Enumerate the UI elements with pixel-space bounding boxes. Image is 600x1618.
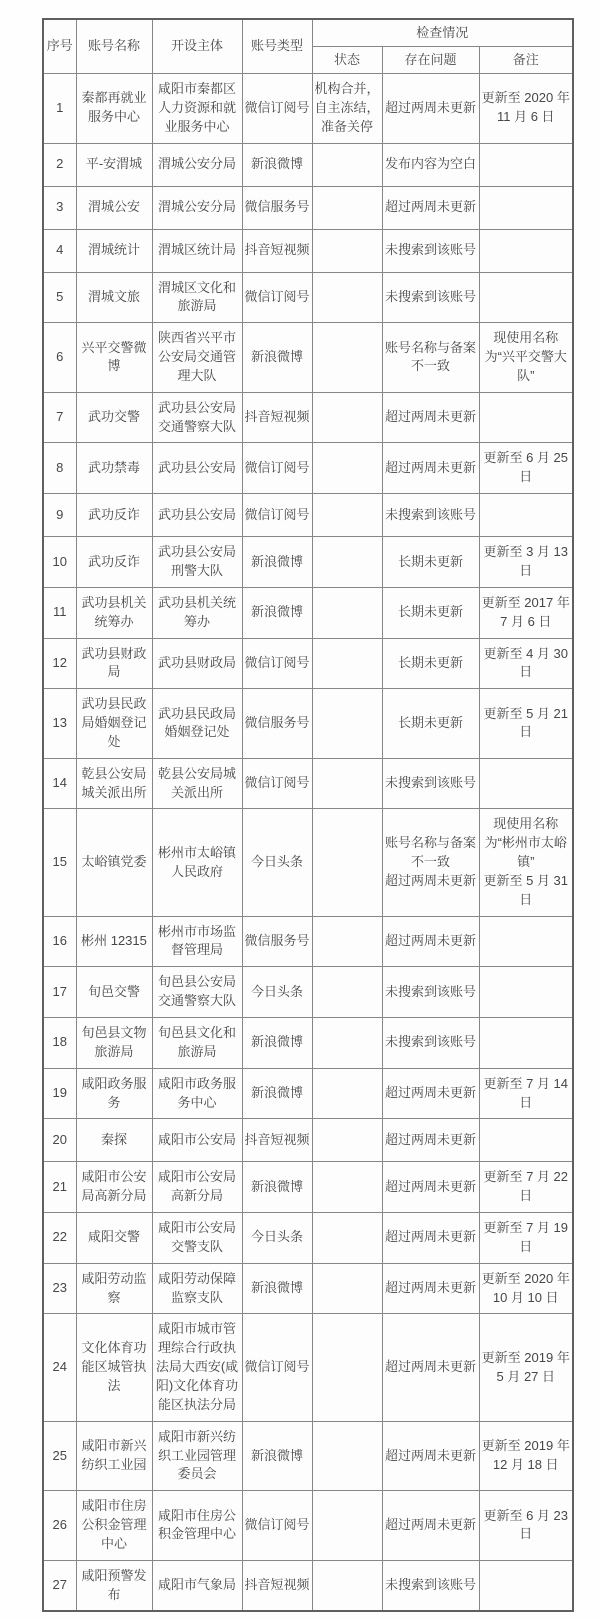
cell-remark: 更新至 2020 年 11 月 6 日 [479, 74, 573, 144]
cell-account-type: 微信服务号 [242, 186, 312, 229]
cell-account-name: 武功反诈 [76, 494, 152, 537]
cell-problem: 长期未更新 [382, 587, 479, 638]
table-row: 18旬邑县文物旅游局旬邑县文化和旅游局新浪微博未搜索到该账号 [43, 1018, 573, 1069]
cell-problem: 账号名称与备案不一致 超过两周未更新 [382, 809, 479, 916]
cell-entity: 旬邑县文化和旅游局 [152, 1018, 242, 1069]
cell-remark: 更新至 2019 年 5 月 27 日 [479, 1314, 573, 1421]
cell-problem: 长期未更新 [382, 689, 479, 759]
cell-problem: 账号名称与备案不一致 [382, 323, 479, 393]
cell-entity: 渭城区统计局 [152, 229, 242, 272]
cell-remark [479, 758, 573, 809]
table-row: 23咸阳劳动监察咸阳劳动保障监察支队新浪微博超过两周未更新更新至 2020 年 … [43, 1263, 573, 1314]
cell-account-type: 今日头条 [242, 809, 312, 916]
cell-account-type: 抖音短视频 [242, 229, 312, 272]
cell-problem: 超过两周未更新 [382, 1491, 479, 1561]
cell-account-type: 抖音短视频 [242, 392, 312, 443]
cell-problem: 超过两周未更新 [382, 916, 479, 967]
table-row: 11武功县机关统筹办武功县机关统筹办新浪微博长期未更新更新至 2017 年 7 … [43, 587, 573, 638]
cell-account-type: 微信订阅号 [242, 638, 312, 689]
table-row: 5渭城文旅渭城区文化和旅游局微信订阅号未搜索到该账号 [43, 272, 573, 323]
header-inspection-group: 检查情况 [312, 19, 573, 47]
cell-account-name: 咸阳市住房公积金管理中心 [76, 1491, 152, 1561]
cell-entity: 武功县公安局 [152, 443, 242, 494]
cell-account-name: 渭城文旅 [76, 272, 152, 323]
cell-problem: 超过两周未更新 [382, 392, 479, 443]
cell-entity: 武功县公安局 [152, 494, 242, 537]
table-header: 序号 账号名称 开设主体 账号类型 检查情况 状态 存在问题 备注 [43, 19, 573, 74]
cell-status [312, 587, 382, 638]
cell-status [312, 1560, 382, 1611]
cell-problem: 超过两周未更新 [382, 1314, 479, 1421]
cell-status [312, 967, 382, 1018]
cell-account-type: 新浪微博 [242, 1162, 312, 1213]
cell-remark: 更新至 7 月 19 日 [479, 1213, 573, 1264]
cell-serial: 5 [43, 272, 76, 323]
cell-account-name: 旬邑交警 [76, 967, 152, 1018]
table-row: 3渭城公安渭城公安分局微信服务号超过两周未更新 [43, 186, 573, 229]
cell-serial: 15 [43, 809, 76, 916]
cell-remark [479, 186, 573, 229]
cell-problem: 未搜索到该账号 [382, 229, 479, 272]
cell-account-name: 咸阳政务服务 [76, 1068, 152, 1119]
cell-problem: 未搜索到该账号 [382, 967, 479, 1018]
cell-entity: 咸阳市气象局 [152, 1560, 242, 1611]
cell-account-name: 秦探 [76, 1119, 152, 1162]
cell-entity: 武功县财政局 [152, 638, 242, 689]
table-row: 24文化体育功能区城管执法咸阳市城市管理综合行政执法局大西安(咸阳)文化体育功能… [43, 1314, 573, 1421]
table-row: 13武功县民政局婚姻登记处武功县民政局婚姻登记处微信服务号长期未更新更新至 5 … [43, 689, 573, 759]
cell-remark [479, 494, 573, 537]
cell-remark: 更新至 2020 年 10 月 10 日 [479, 1263, 573, 1314]
cell-problem: 长期未更新 [382, 537, 479, 588]
cell-status [312, 1421, 382, 1491]
cell-account-name: 渭城统计 [76, 229, 152, 272]
cell-entity: 武功县公安局交通警察大队 [152, 392, 242, 443]
cell-account-name: 咸阳预警发布 [76, 1560, 152, 1611]
cell-remark: 更新至 3 月 13 日 [479, 537, 573, 588]
header-problem: 存在问题 [382, 47, 479, 74]
cell-account-name: 武功县财政局 [76, 638, 152, 689]
header-status: 状态 [312, 47, 382, 74]
header-serial: 序号 [43, 19, 76, 74]
cell-problem: 超过两周未更新 [382, 1119, 479, 1162]
cell-problem: 长期未更新 [382, 638, 479, 689]
cell-account-name: 咸阳市公安局高新分局 [76, 1162, 152, 1213]
cell-remark: 更新至 6 月 23 日 [479, 1491, 573, 1561]
cell-serial: 20 [43, 1119, 76, 1162]
cell-status [312, 272, 382, 323]
cell-status [312, 186, 382, 229]
table-row: 15太峪镇党委彬州市太峪镇人民政府今日头条账号名称与备案不一致 超过两周未更新现… [43, 809, 573, 916]
cell-serial: 24 [43, 1314, 76, 1421]
cell-account-type: 新浪微博 [242, 1421, 312, 1491]
page: 序号 账号名称 开设主体 账号类型 检查情况 状态 存在问题 备注 1秦都再就业… [0, 0, 600, 1618]
table-row: 22咸阳交警咸阳市公安局交警支队今日头条超过两周未更新更新至 7 月 19 日 [43, 1213, 573, 1264]
cell-account-name: 乾县公安局城关派出所 [76, 758, 152, 809]
cell-problem: 超过两周未更新 [382, 1421, 479, 1491]
cell-serial: 12 [43, 638, 76, 689]
cell-account-type: 新浪微博 [242, 1018, 312, 1069]
cell-account-name: 武功禁毒 [76, 443, 152, 494]
cell-problem: 超过两周未更新 [382, 74, 479, 144]
cell-serial: 25 [43, 1421, 76, 1491]
cell-status [312, 323, 382, 393]
cell-account-name: 太峪镇党委 [76, 809, 152, 916]
cell-remark: 更新至 6 月 25 日 [479, 443, 573, 494]
cell-account-name: 秦都再就业服务中心 [76, 74, 152, 144]
cell-status [312, 1491, 382, 1561]
cell-remark: 更新至 2017 年 7 月 6 日 [479, 587, 573, 638]
cell-remark: 更新至 5 月 21 日 [479, 689, 573, 759]
table-row: 10武功反诈武功县公安局刑警大队新浪微博长期未更新更新至 3 月 13 日 [43, 537, 573, 588]
cell-status: 机构合并，自主冻结，准备关停 [312, 74, 382, 144]
cell-status [312, 689, 382, 759]
cell-account-type: 新浪微博 [242, 1263, 312, 1314]
table-row: 7武功交警武功县公安局交通警察大队抖音短视频超过两周未更新 [43, 392, 573, 443]
cell-status [312, 638, 382, 689]
header-remark: 备注 [479, 47, 573, 74]
cell-problem: 发布内容为空白 [382, 143, 479, 186]
cell-account-type: 新浪微博 [242, 143, 312, 186]
cell-remark: 更新至 4 月 30 日 [479, 638, 573, 689]
table-row: 14乾县公安局城关派出所乾县公安局城关派出所微信订阅号未搜索到该账号 [43, 758, 573, 809]
cell-problem: 超过两周未更新 [382, 1068, 479, 1119]
cell-account-name: 文化体育功能区城管执法 [76, 1314, 152, 1421]
table-row: 19咸阳政务服务咸阳市政务服务中心新浪微博超过两周未更新更新至 7 月 14 日 [43, 1068, 573, 1119]
table-row: 21咸阳市公安局高新分局咸阳市公安局高新分局新浪微博超过两周未更新更新至 7 月… [43, 1162, 573, 1213]
cell-account-type: 新浪微博 [242, 537, 312, 588]
cell-account-type: 抖音短视频 [242, 1119, 312, 1162]
table-row: 20秦探咸阳市公安局抖音短视频超过两周未更新 [43, 1119, 573, 1162]
cell-status [312, 758, 382, 809]
cell-problem: 未搜索到该账号 [382, 1560, 479, 1611]
cell-status [312, 1314, 382, 1421]
cell-account-type: 新浪微博 [242, 323, 312, 393]
cell-account-type: 今日头条 [242, 1213, 312, 1264]
table-row: 1秦都再就业服务中心咸阳市秦都区人力资源和就业服务中心微信订阅号机构合并，自主冻… [43, 74, 573, 144]
cell-account-name: 咸阳劳动监察 [76, 1263, 152, 1314]
header-entity: 开设主体 [152, 19, 242, 74]
cell-status [312, 537, 382, 588]
cell-status [312, 1119, 382, 1162]
cell-serial: 18 [43, 1018, 76, 1069]
cell-account-type: 微信订阅号 [242, 443, 312, 494]
table-body: 1秦都再就业服务中心咸阳市秦都区人力资源和就业服务中心微信订阅号机构合并，自主冻… [43, 74, 573, 1612]
cell-status [312, 392, 382, 443]
cell-remark: 更新至 2019 年 12 月 18 日 [479, 1421, 573, 1491]
cell-problem: 超过两周未更新 [382, 186, 479, 229]
cell-serial: 26 [43, 1491, 76, 1561]
cell-entity: 咸阳市公安局交警支队 [152, 1213, 242, 1264]
cell-account-type: 新浪微博 [242, 1068, 312, 1119]
cell-entity: 咸阳市住房公积金管理中心 [152, 1491, 242, 1561]
cell-account-name: 彬州 12315 [76, 916, 152, 967]
cell-serial: 14 [43, 758, 76, 809]
cell-serial: 22 [43, 1213, 76, 1264]
cell-remark [479, 272, 573, 323]
cell-account-type: 微信服务号 [242, 689, 312, 759]
table-row: 17旬邑交警旬邑县公安局交通警察大队今日头条未搜索到该账号 [43, 967, 573, 1018]
cell-account-name: 兴平交警微博 [76, 323, 152, 393]
cell-serial: 3 [43, 186, 76, 229]
table-row: 25咸阳市新兴纺织工业园咸阳市新兴纺织工业园管理委员会新浪微博超过两周未更新更新… [43, 1421, 573, 1491]
cell-status [312, 494, 382, 537]
cell-account-type: 微信订阅号 [242, 494, 312, 537]
cell-serial: 4 [43, 229, 76, 272]
cell-status [312, 1263, 382, 1314]
cell-entity: 彬州市市场监督管理局 [152, 916, 242, 967]
cell-remark [479, 967, 573, 1018]
cell-account-type: 新浪微博 [242, 587, 312, 638]
cell-remark: 现使用名称为“兴平交警大队” [479, 323, 573, 393]
header-account-type: 账号类型 [242, 19, 312, 74]
cell-status [312, 229, 382, 272]
table-row: 26咸阳市住房公积金管理中心咸阳市住房公积金管理中心微信订阅号超过两周未更新更新… [43, 1491, 573, 1561]
cell-account-type: 微信服务号 [242, 916, 312, 967]
cell-serial: 19 [43, 1068, 76, 1119]
cell-problem: 未搜索到该账号 [382, 494, 479, 537]
account-inspection-table: 序号 账号名称 开设主体 账号类型 检查情况 状态 存在问题 备注 1秦都再就业… [42, 18, 574, 1612]
cell-entity: 咸阳市新兴纺织工业园管理委员会 [152, 1421, 242, 1491]
cell-status [312, 443, 382, 494]
cell-entity: 咸阳市公安局高新分局 [152, 1162, 242, 1213]
cell-entity: 旬邑县公安局交通警察大队 [152, 967, 242, 1018]
cell-serial: 6 [43, 323, 76, 393]
cell-remark [479, 916, 573, 967]
cell-entity: 彬州市太峪镇人民政府 [152, 809, 242, 916]
cell-serial: 8 [43, 443, 76, 494]
cell-account-type: 微信订阅号 [242, 272, 312, 323]
header-row-top: 序号 账号名称 开设主体 账号类型 检查情况 [43, 19, 573, 47]
cell-account-type: 抖音短视频 [242, 1560, 312, 1611]
cell-serial: 11 [43, 587, 76, 638]
cell-account-name: 旬邑县文物旅游局 [76, 1018, 152, 1069]
cell-entity: 咸阳市政务服务中心 [152, 1068, 242, 1119]
cell-entity: 武功县机关统筹办 [152, 587, 242, 638]
cell-account-type: 微信订阅号 [242, 74, 312, 144]
cell-account-type: 微信订阅号 [242, 1491, 312, 1561]
cell-entity: 渭城公安分局 [152, 143, 242, 186]
cell-account-name: 咸阳市新兴纺织工业园 [76, 1421, 152, 1491]
cell-account-name: 咸阳交警 [76, 1213, 152, 1264]
cell-account-name: 渭城公安 [76, 186, 152, 229]
cell-serial: 27 [43, 1560, 76, 1611]
cell-remark [479, 229, 573, 272]
cell-remark [479, 392, 573, 443]
cell-entity: 咸阳市公安局 [152, 1119, 242, 1162]
table-row: 6兴平交警微博陕西省兴平市公安局交通管理大队新浪微博账号名称与备案不一致现使用名… [43, 323, 573, 393]
table-row: 12武功县财政局武功县财政局微信订阅号长期未更新更新至 4 月 30 日 [43, 638, 573, 689]
cell-status [312, 1068, 382, 1119]
cell-serial: 9 [43, 494, 76, 537]
cell-status [312, 1018, 382, 1069]
cell-status [312, 1213, 382, 1264]
cell-serial: 10 [43, 537, 76, 588]
cell-problem: 超过两周未更新 [382, 1162, 479, 1213]
cell-problem: 超过两周未更新 [382, 1263, 479, 1314]
cell-problem: 超过两周未更新 [382, 1213, 479, 1264]
cell-problem: 未搜索到该账号 [382, 1018, 479, 1069]
cell-problem: 未搜索到该账号 [382, 272, 479, 323]
cell-entity: 咸阳市秦都区人力资源和就业服务中心 [152, 74, 242, 144]
cell-entity: 咸阳劳动保障监察支队 [152, 1263, 242, 1314]
table-row: 27咸阳预警发布咸阳市气象局抖音短视频未搜索到该账号 [43, 1560, 573, 1611]
cell-account-name: 平-安渭城 [76, 143, 152, 186]
table-row: 8武功禁毒武功县公安局微信订阅号超过两周未更新更新至 6 月 25 日 [43, 443, 573, 494]
cell-entity: 乾县公安局城关派出所 [152, 758, 242, 809]
cell-problem: 未搜索到该账号 [382, 758, 479, 809]
cell-status [312, 143, 382, 186]
cell-account-type: 微信订阅号 [242, 758, 312, 809]
cell-account-type: 今日头条 [242, 967, 312, 1018]
cell-serial: 21 [43, 1162, 76, 1213]
cell-account-type: 微信订阅号 [242, 1314, 312, 1421]
header-account-name: 账号名称 [76, 19, 152, 74]
cell-status [312, 1162, 382, 1213]
cell-serial: 13 [43, 689, 76, 759]
cell-entity: 渭城区文化和旅游局 [152, 272, 242, 323]
cell-status [312, 916, 382, 967]
cell-serial: 17 [43, 967, 76, 1018]
cell-account-name: 武功县机关统筹办 [76, 587, 152, 638]
cell-remark [479, 1119, 573, 1162]
cell-remark [479, 1560, 573, 1611]
table-row: 2平-安渭城渭城公安分局新浪微博发布内容为空白 [43, 143, 573, 186]
cell-entity: 武功县公安局刑警大队 [152, 537, 242, 588]
cell-entity: 陕西省兴平市公安局交通管理大队 [152, 323, 242, 393]
table-row: 16彬州 12315彬州市市场监督管理局微信服务号超过两周未更新 [43, 916, 573, 967]
cell-entity: 武功县民政局婚姻登记处 [152, 689, 242, 759]
cell-serial: 23 [43, 1263, 76, 1314]
cell-status [312, 809, 382, 916]
cell-remark [479, 1018, 573, 1069]
cell-serial: 1 [43, 74, 76, 144]
cell-account-name: 武功交警 [76, 392, 152, 443]
table-row: 9武功反诈武功县公安局微信订阅号未搜索到该账号 [43, 494, 573, 537]
cell-serial: 16 [43, 916, 76, 967]
table-row: 4渭城统计渭城区统计局抖音短视频未搜索到该账号 [43, 229, 573, 272]
cell-account-name: 武功反诈 [76, 537, 152, 588]
cell-remark [479, 143, 573, 186]
cell-account-name: 武功县民政局婚姻登记处 [76, 689, 152, 759]
cell-remark: 更新至 7 月 22 日 [479, 1162, 573, 1213]
cell-entity: 咸阳市城市管理综合行政执法局大西安(咸阳)文化体育功能区执法分局 [152, 1314, 242, 1421]
cell-problem: 超过两周未更新 [382, 443, 479, 494]
cell-remark: 更新至 7 月 14 日 [479, 1068, 573, 1119]
cell-serial: 7 [43, 392, 76, 443]
cell-entity: 渭城公安分局 [152, 186, 242, 229]
cell-remark: 现使用名称为“彬州市太峪镇” 更新至 5 月 31 日 [479, 809, 573, 916]
cell-serial: 2 [43, 143, 76, 186]
